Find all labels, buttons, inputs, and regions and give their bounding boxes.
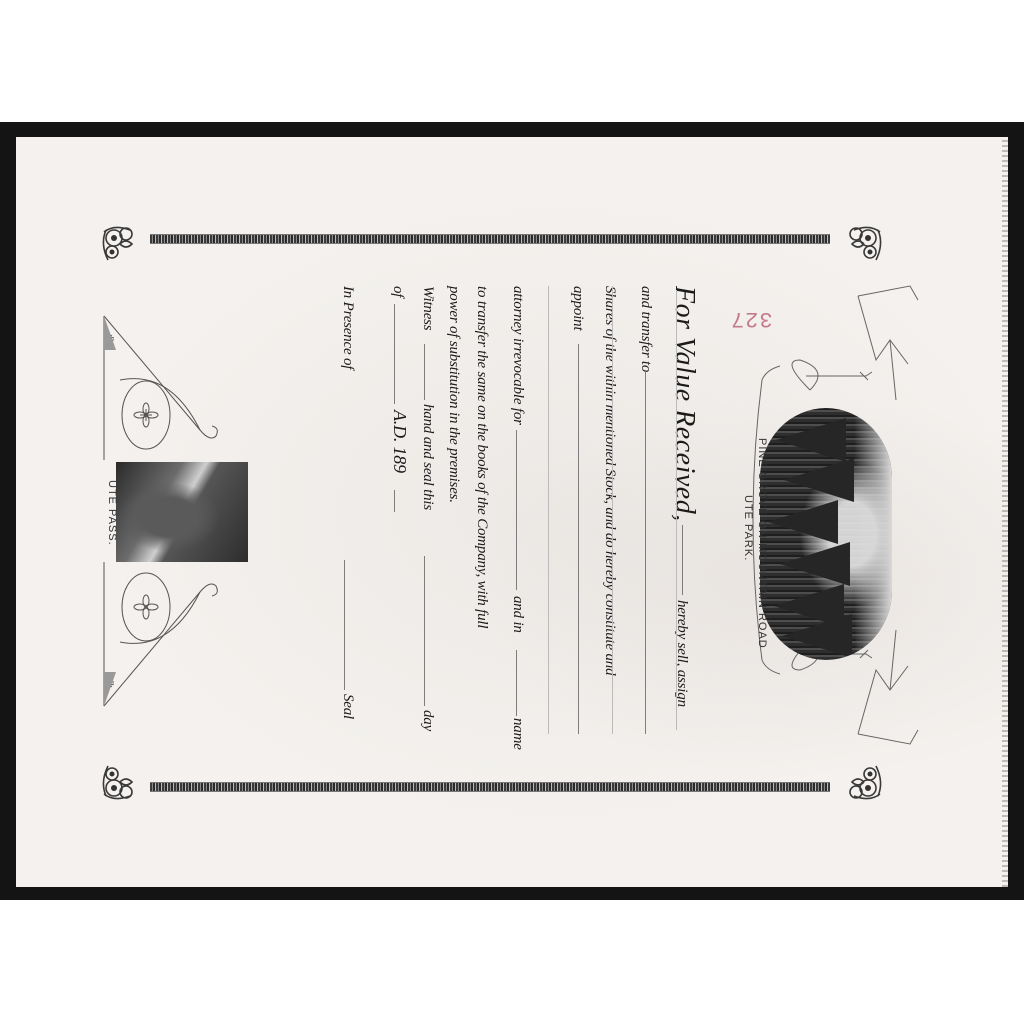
blank-in-name[interactable] — [516, 650, 517, 716]
pine-grove-caption-line1: PINE GROVE ON MOUNTAIN ROAD — [756, 438, 768, 649]
pine-grove-vignette — [760, 408, 892, 660]
corner-ornament-top-right — [834, 224, 884, 274]
form-line9-prefix: of — [389, 286, 406, 297]
bottom-border-band — [150, 782, 830, 792]
form-line5-middle: and in — [509, 596, 526, 633]
left-flourish-bottom — [100, 562, 230, 712]
pine-tree — [768, 500, 838, 544]
form-line5-prefix: attorney irrevocable for — [509, 286, 526, 425]
blank-irrevocable-for[interactable] — [516, 430, 517, 590]
blank-shares[interactable] — [612, 286, 613, 734]
corner-ornament-bottom-left — [100, 752, 150, 802]
form-line10-suffix: Seal — [339, 694, 356, 719]
top-border-band — [150, 234, 830, 244]
form-line4-prefix: appoint — [569, 286, 586, 330]
pine-tree — [780, 542, 850, 586]
ute-pass-caption: UTE PASS. — [106, 480, 118, 546]
guide-rule — [548, 286, 549, 734]
blank-year[interactable] — [394, 490, 395, 512]
corner-ornament-bottom-right — [834, 752, 884, 802]
blank-signature[interactable] — [344, 560, 345, 690]
serial-number: 327 — [730, 306, 773, 331]
guide-rule — [676, 290, 677, 730]
form-line2-prefix: and transfer to — [637, 286, 654, 372]
left-flourish-top — [100, 310, 230, 460]
form-line9-middle: A.D. 189 — [389, 410, 410, 473]
form-heading: For Value Received, — [668, 286, 700, 522]
corner-ornament-top-left — [100, 224, 150, 274]
pine-tree — [776, 418, 846, 462]
blank-transferee[interactable] — [645, 370, 646, 734]
blank-value-received[interactable] — [682, 525, 683, 595]
form-line5-suffix: name — [509, 718, 526, 750]
form-line8-middle: hand and seal this — [419, 404, 436, 510]
form-line6: to transfer the same on the books of the… — [473, 286, 490, 628]
pine-tree — [784, 458, 854, 502]
blank-attorney[interactable] — [578, 344, 579, 734]
form-line8-prefix: Witness — [419, 286, 436, 330]
vignette-sky — [854, 408, 892, 660]
blank-day[interactable] — [424, 556, 425, 706]
form-line8-suffix: day — [419, 710, 436, 731]
pine-grove-caption-line2: UTE PARK. — [742, 495, 754, 561]
blank-month[interactable] — [394, 304, 395, 404]
form-line10-prefix: In Presence of — [339, 286, 356, 369]
form-line7: power of substitution in the premises. — [445, 286, 462, 503]
ute-pass-vignette — [116, 462, 248, 562]
form-line3: Shares of the within mentioned Stock, an… — [601, 286, 618, 675]
blank-witness[interactable] — [424, 344, 425, 400]
paper-deckled-edge — [1002, 137, 1008, 887]
pine-tree — [782, 614, 852, 658]
